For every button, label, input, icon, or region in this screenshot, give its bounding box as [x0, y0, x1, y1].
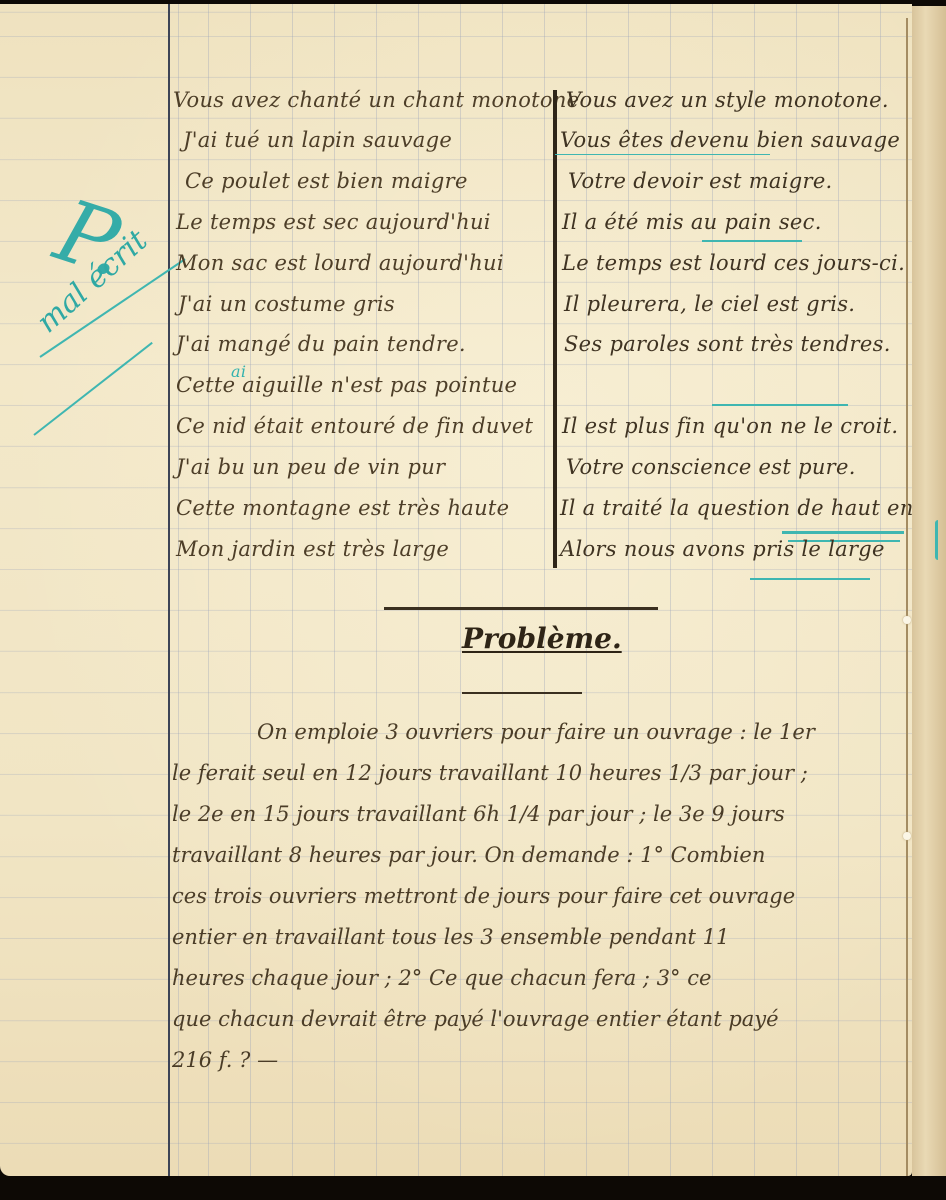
- problem-line: entier en travaillant tous les 3 ensembl…: [172, 917, 907, 958]
- left-line-6: J'ai un costume gris: [178, 292, 395, 316]
- problem-line: ces trois ouvriers mettront de jours pou…: [172, 876, 907, 917]
- problem-text: On emploie 3 ouvriers pour faire un ouvr…: [172, 712, 907, 1081]
- notebook-page: P. mal écrit Vous avez chanté un chant m…: [0, 4, 912, 1176]
- left-line-9: Ce nid était entouré de fin duvet: [176, 414, 533, 438]
- teal-underline: [555, 154, 770, 155]
- left-line-3: Ce poulet est bien maigre: [185, 169, 468, 193]
- left-line-7: J'ai mangé du pain tendre.: [176, 332, 466, 356]
- right-line-5: Le temps est lourd ces jours-ci.: [562, 251, 905, 275]
- left-line-12: Mon jardin est très large: [176, 537, 449, 561]
- adjacent-page-edge: [912, 6, 946, 1176]
- problem-title: Problème.: [462, 622, 622, 655]
- binding-stitch: [903, 616, 911, 624]
- problem-line: On emploie 3 ouvriers pour faire un ouvr…: [172, 712, 907, 753]
- right-line-7: Ses paroles sont très tendres.: [564, 332, 891, 356]
- column-divider: [553, 90, 557, 568]
- right-line-9: Il est plus fin qu'on ne le croit.: [562, 414, 898, 438]
- right-line-10: Votre conscience est pure.: [566, 455, 856, 479]
- left-line-8: Cette aiguille n'est pas pointue: [176, 373, 517, 397]
- teal-underline: [782, 531, 904, 534]
- right-line-1: Vous avez un style monotone.: [566, 88, 889, 112]
- correction-mark: ai: [231, 362, 246, 381]
- right-line-11: Il a traité la question de haut en haut.: [560, 496, 912, 520]
- problem-line: le 2e en 15 jours travaillant 6h 1/4 par…: [172, 794, 907, 835]
- problem-line: que chacun devrait être payé l'ouvrage e…: [172, 999, 907, 1040]
- right-line-6: Il pleurera, le ciel est gris.: [564, 292, 855, 316]
- right-line-12: Alors nous avons pris le large: [560, 537, 885, 561]
- left-line-1: Vous avez chanté un chant monotone: [173, 88, 579, 112]
- teal-mark-edge: [935, 520, 943, 560]
- binding-stitch: [903, 832, 911, 840]
- right-line-4: Il a été mis au pain sec.: [562, 210, 822, 234]
- teal-overline: [712, 404, 848, 406]
- problem-line: 216 f. ? —: [172, 1040, 907, 1081]
- problem-line: le ferait seul en 12 jours travaillant 1…: [172, 753, 907, 794]
- problem-line: heures chaque jour ; 2° Ce que chacun fe…: [172, 958, 907, 999]
- margin-rule: [168, 4, 170, 1176]
- left-line-2: J'ai tué un lapin sauvage: [183, 128, 452, 152]
- title-rule-top: [384, 607, 658, 610]
- left-line-11: Cette montagne est très haute: [176, 496, 509, 520]
- binding-fold: [906, 18, 908, 1176]
- title-rule-bottom: [462, 692, 582, 694]
- teal-underline: [702, 240, 802, 242]
- right-line-3: Votre devoir est maigre.: [568, 169, 833, 193]
- left-line-4: Le temps est sec aujourd'hui: [176, 210, 491, 234]
- right-line-2: Vous êtes devenu bien sauvage: [560, 128, 900, 152]
- problem-line: travaillant 8 heures par jour. On demand…: [172, 835, 907, 876]
- left-line-5: Mon sac est lourd aujourd'hui: [176, 251, 504, 275]
- left-line-10: J'ai bu un peu de vin pur: [176, 455, 445, 479]
- teal-underline: [750, 578, 870, 580]
